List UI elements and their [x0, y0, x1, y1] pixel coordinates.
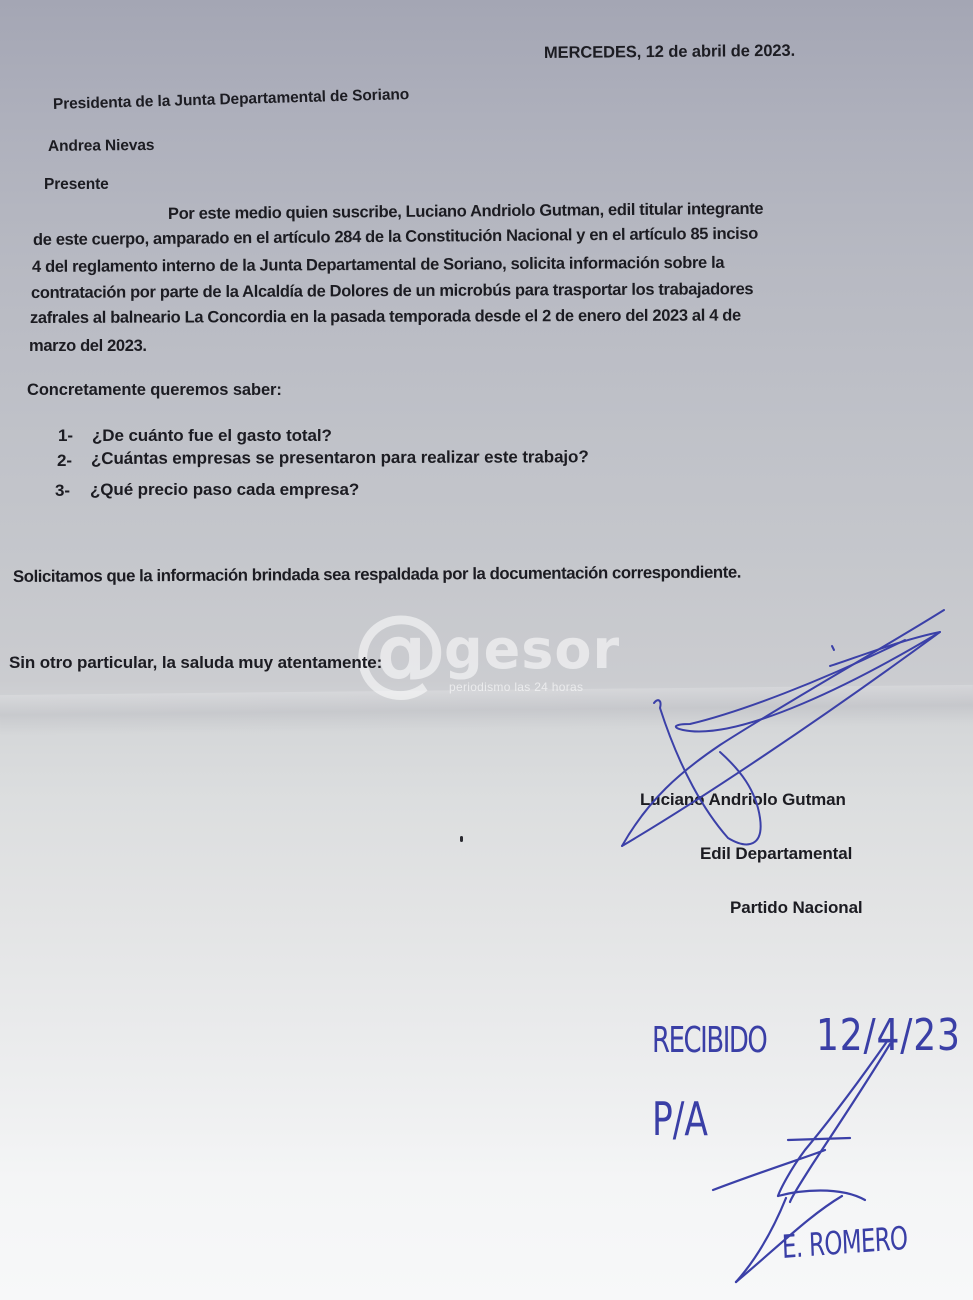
receipt-label: RECIBIDO [652, 1020, 766, 1061]
salutation: Presente [44, 176, 109, 194]
receipt-pa: P/A [652, 1092, 708, 1146]
watermark-at-symbol: @ [352, 602, 448, 698]
question-text: ¿Cuántas empresas se presentaron para re… [91, 447, 589, 469]
body-line: 4 del reglamento interno de la Junta Dep… [32, 254, 724, 277]
body-line: contratación por parte de la Alcaldía de… [31, 280, 753, 303]
paper-speck [460, 836, 463, 842]
question-number: 2- [57, 451, 72, 471]
documentation-request: Solicitamos que la información brindada … [13, 563, 741, 587]
body-line: marzo del 2023. [29, 337, 147, 356]
question-text: ¿De cuánto fue el gasto total? [92, 426, 332, 446]
receipt-date: 12/4/23 [816, 1010, 961, 1061]
body-line: zafrales al balneario La Concordia en la… [30, 307, 741, 328]
question-text: ¿Qué precio paso cada empresa? [90, 480, 359, 500]
body-line: Por este medio quien suscribe, Luciano A… [168, 200, 763, 224]
question-number: 3- [55, 481, 70, 501]
closing-line: Sin otro particular, la saluda muy atent… [9, 653, 382, 673]
watermark-brand: gesor [444, 618, 620, 681]
receipt-receiver: E. ROMERO [781, 1219, 908, 1266]
paper-fold-shadow [0, 685, 973, 735]
handwritten-signature-receiver [0, 0, 973, 1300]
watermark: @ gesor periodismo las 24 horas [352, 602, 632, 702]
signatory-role: Edil Departamental [700, 844, 852, 864]
question-number: 1- [58, 426, 73, 446]
recipient-title: Presidenta de la Junta Departamental de … [53, 86, 410, 114]
questions-intro: Concretamente queremos saber: [27, 381, 282, 400]
recipient-name: Andrea Nievas [48, 137, 155, 156]
watermark-tagline: periodismo las 24 horas [449, 680, 583, 694]
body-line: de este cuerpo, amparado en el artículo … [33, 225, 758, 250]
date-line: MERCEDES, 12 de abril de 2023. [544, 42, 795, 63]
signatory-party: Partido Nacional [730, 898, 863, 918]
signatory-name: Luciano Andriolo Gutman [640, 790, 846, 810]
handwritten-signature-sender [0, 0, 973, 1300]
